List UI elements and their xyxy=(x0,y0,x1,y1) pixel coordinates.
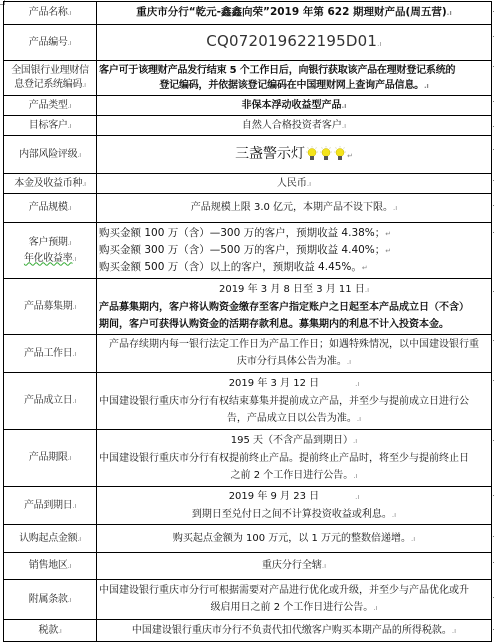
table-row-product-type: 产品类型.ı 非保本浮动收益型产品.ı xyxy=(4,96,492,116)
value-supplementary-terms: 中国建设银行重庆市分行可根据需要对产品进行优化或升级，并至少与产品优化或升 级启… xyxy=(97,580,492,620)
table-row-maturity-date: 产品到期日.ı 2019 年 9 月 23 日.ı 到期日至兑付日之间不计算投资… xyxy=(4,487,492,525)
product-info-table: 产品名称.ı 重庆市分行“乾元-鑫鑫向荣”2019 年第 622 期理财产品(周… xyxy=(3,1,492,642)
label-registration-code: 全国银行业理财信 息登记系统编码.ı xyxy=(4,61,97,96)
table-row-registration-code: 全国银行业理财信 息登记系统编码.ı 客户可于该理财产品发行结束 5 个工作日后… xyxy=(4,61,492,96)
table-row-currency: 本金及收益币种.ı 人民币.ı xyxy=(4,174,492,194)
lightbulb-icon xyxy=(333,146,347,162)
label-minimum-amount: 认购起点金额.ı xyxy=(4,525,97,553)
value-subscription-period: 2019 年 3 月 8 日至 3 月 11 日.ı 产品募集期内，客户将认购资… xyxy=(97,279,492,335)
table-row-product-term: 产品期限.ı 195 天（不含产品到期日）.ı 中国建设银行重庆市分行有权提前终… xyxy=(4,430,492,487)
label-risk-rating: 内部风险评级.ı xyxy=(4,136,97,174)
value-registration-code: 客户可于该理财产品发行结束 5 个工作日后，向银行获取该产品在理财登记系统的 登… xyxy=(97,61,492,96)
label-working-day: 产品工作日.ı xyxy=(4,335,97,373)
table-row-supplementary-terms: 附属条款.ı 中国建设银行重庆市分行可根据需要对产品进行优化或升级，并至少与产品… xyxy=(4,580,492,620)
value-product-code: CQ072019622195D01.ı xyxy=(97,25,492,61)
label-subscription-period: 产品募集期.ı xyxy=(4,279,97,335)
value-taxes: 中国建设银行重庆市分行不负责代扣代缴客户购买本期产品的所得税款。.ı xyxy=(97,620,492,642)
label-expected-yield: 客户预期.ı 年化收益率.ı xyxy=(4,223,97,279)
table-row-sales-region: 销售地区.ı 重庆分行全辖.ı xyxy=(4,553,492,580)
value-target-customer: 自然人合格投资者客户.ı xyxy=(97,116,492,136)
value-product-name: 重庆市分行“乾元-鑫鑫向荣”2019 年第 622 期理财产品(周五营).ı xyxy=(97,2,492,25)
label-sales-region: 销售地区.ı xyxy=(4,553,97,580)
yield-tier-2: 购买金额 300 万（含）—500 万的客户，预期收益 4.40%；↵ xyxy=(99,242,489,259)
label-supplementary-terms: 附属条款.ı xyxy=(4,580,97,620)
value-establishment-date: 2019 年 3 月 12 日.ı 中国建设银行重庆市分行有权结束募集并提前成立… xyxy=(97,373,492,430)
label-product-term: 产品期限.ı xyxy=(4,430,97,487)
label-currency: 本金及收益币种.ı xyxy=(4,174,97,194)
lightbulb-icon xyxy=(319,146,333,162)
value-working-day: 产品存续期内每一银行法定工作日为产品工作日；如遇特殊情况，以中国建设银行重 庆市… xyxy=(97,335,492,373)
yield-tier-3: 购买金额 500 万（含）以上的客户，预期收益 4.45%。↵ xyxy=(99,259,489,276)
yield-tier-1: 购买金额 100 万（含）—300 万的客户，预期收益 4.38%；↵ xyxy=(99,225,489,242)
value-minimum-amount: 购买起点金额为 100 万元，以 1 万元的整数倍递增。.ı xyxy=(97,525,492,553)
value-maturity-date: 2019 年 9 月 23 日.ı 到期日至兑付日之间不计算投资收益或利息。.ı xyxy=(97,487,492,525)
label-maturity-date: 产品到期日.ı xyxy=(4,487,97,525)
table-row-product-name: 产品名称.ı 重庆市分行“乾元-鑫鑫向荣”2019 年第 622 期理财产品(周… xyxy=(4,2,492,25)
table-row-product-scale: 产品规模.ı 产品规模上限 3.0 亿元，本期产品不设下限。.ı xyxy=(4,194,492,223)
value-expected-yield: 购买金额 100 万（含）—300 万的客户，预期收益 4.38%；↵ 购买金额… xyxy=(97,223,492,279)
table-row-establishment-date: 产品成立日.ı 2019 年 3 月 12 日.ı 中国建设银行重庆市分行有权结… xyxy=(4,373,492,430)
label-product-name: 产品名称.ı xyxy=(4,2,97,25)
value-product-scale: 产品规模上限 3.0 亿元，本期产品不设下限。.ı xyxy=(97,194,492,223)
value-product-type: 非保本浮动收益型产品.ı xyxy=(97,96,492,116)
value-risk-rating: 三盏警示灯↵ xyxy=(97,136,492,174)
label-product-type: 产品类型.ı xyxy=(4,96,97,116)
table-row-product-code: 产品编号.ı CQ072019622195D01.ı xyxy=(4,25,492,61)
table-row-target-customer: 目标客户.ı 自然人合格投资者客户.ı xyxy=(4,116,492,136)
value-currency: 人民币.ı xyxy=(97,174,492,194)
value-product-term: 195 天（不含产品到期日）.ı 中国建设银行重庆市分行有权提前终止产品。提前终… xyxy=(97,430,492,487)
table-row-risk-rating: 内部风险评级.ı 三盏警示灯↵ xyxy=(4,136,492,174)
lightbulb-icon xyxy=(305,146,319,162)
table-row-subscription-period: 产品募集期.ı 2019 年 3 月 8 日至 3 月 11 日.ı 产品募集期… xyxy=(4,279,492,335)
table-row-working-day: 产品工作日.ı 产品存续期内每一银行法定工作日为产品工作日；如遇特殊情况，以中国… xyxy=(4,335,492,373)
label-product-code: 产品编号.ı xyxy=(4,25,97,61)
value-sales-region: 重庆分行全辖.ı xyxy=(97,553,492,580)
table-row-minimum-amount: 认购起点金额.ı 购买起点金额为 100 万元，以 1 万元的整数倍递增。.ı xyxy=(4,525,492,553)
label-establishment-date: 产品成立日.ı xyxy=(4,373,97,430)
label-target-customer: 目标客户.ı xyxy=(4,116,97,136)
label-product-scale: 产品规模.ı xyxy=(4,194,97,223)
table-row-expected-yield: 客户预期.ı 年化收益率.ı 购买金额 100 万（含）—300 万的客户，预期… xyxy=(4,223,492,279)
table-row-taxes: 税款.ı 中国建设银行重庆市分行不负责代扣代缴客户购买本期产品的所得税款。.ı xyxy=(4,620,492,642)
label-taxes: 税款.ı xyxy=(4,620,97,642)
